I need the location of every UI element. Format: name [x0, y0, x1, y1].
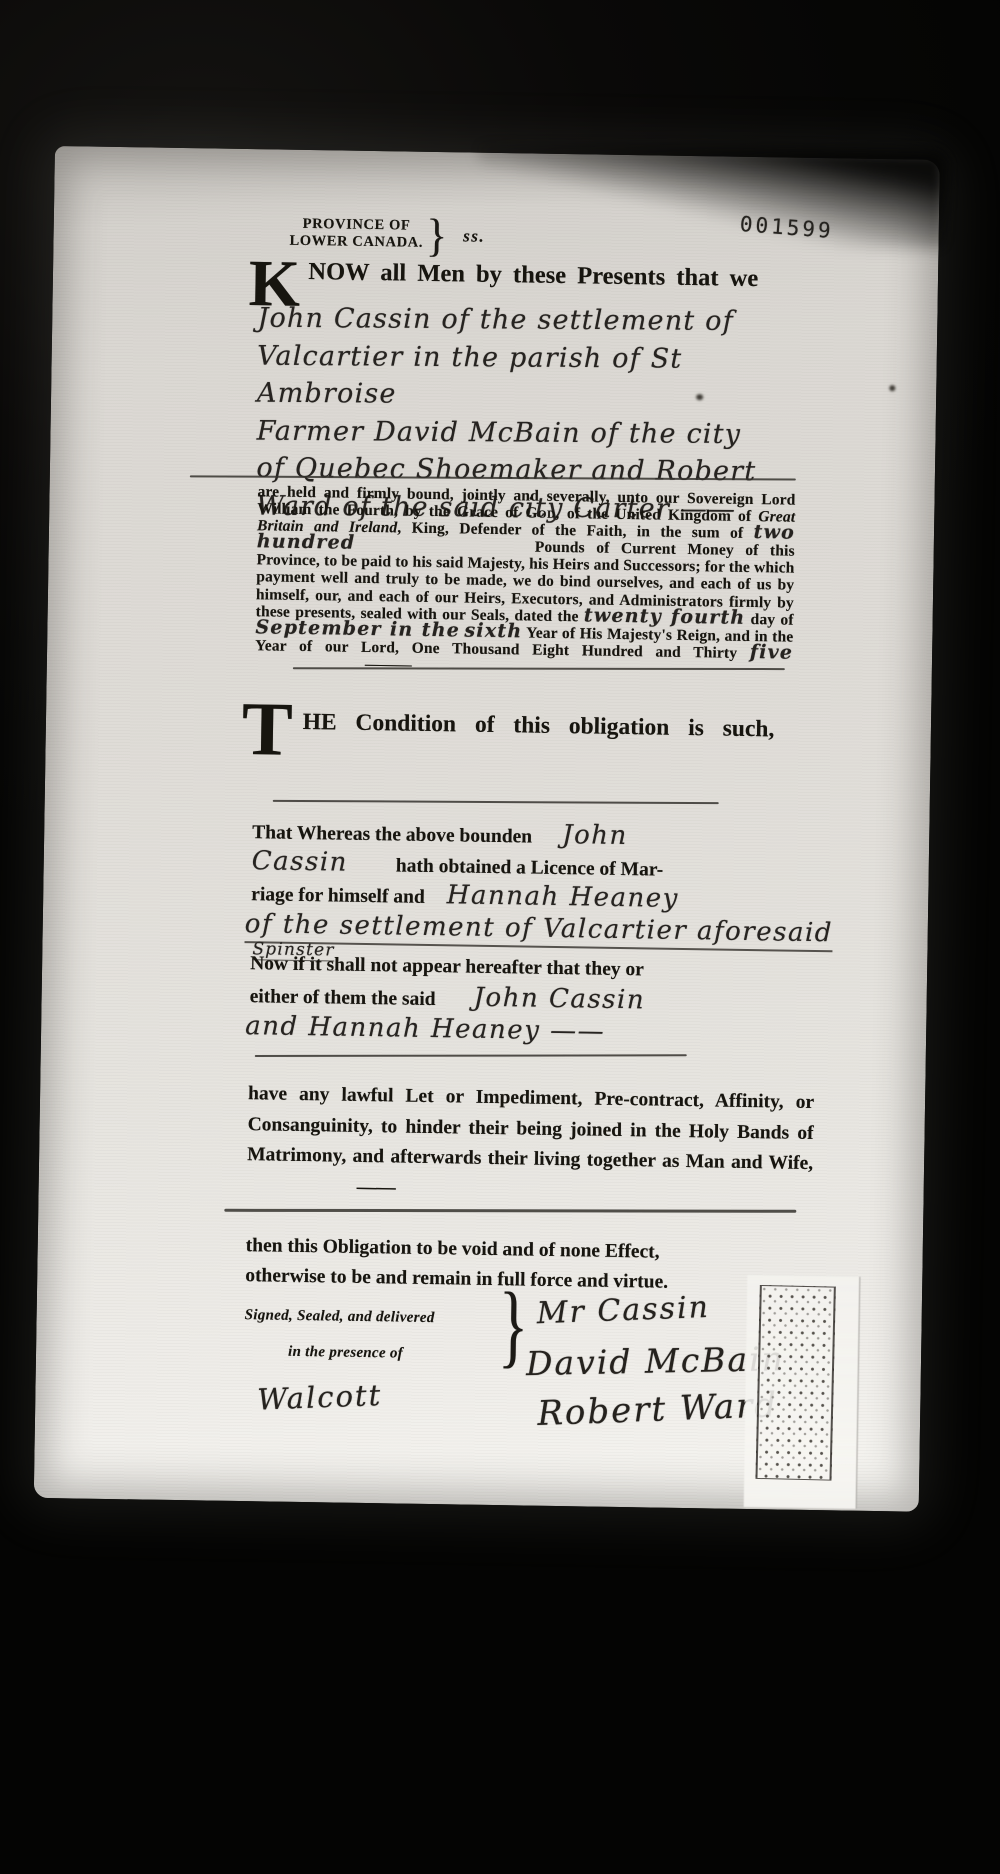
fill-bride-name: Hannah Heaney	[447, 880, 680, 914]
signature-groom: Mr Cassin	[536, 1290, 710, 1331]
ss-abbreviation: ss.	[463, 226, 485, 246]
paper-speck	[696, 394, 703, 400]
scan-shadow-wedge	[477, 143, 949, 250]
header-brace: }	[426, 217, 448, 255]
horizontal-rule	[273, 800, 719, 804]
impediment-dash: ——	[357, 1176, 396, 1198]
fill-groom-last: Cassin	[252, 846, 349, 878]
dropcap-t: T	[241, 697, 303, 760]
bond-dash: ———	[365, 656, 412, 674]
impediment-paragraph: have any lawful Let or Impediment, Pre-c…	[246, 1079, 814, 1210]
fill-groom-name: John Cassin	[473, 983, 645, 1016]
fill-year: five	[750, 641, 794, 664]
horizontal-rule	[255, 1054, 687, 1057]
attestation-line2: in the presence of	[288, 1344, 403, 1363]
now-print: either of them the said	[249, 986, 435, 1010]
fill-bride-name-2: and Hannah Heaney ——	[245, 1011, 605, 1047]
bond-paragraph: are held and firmly bound, jointly and s…	[255, 483, 796, 679]
hand-line: John Cassin of the settlement of	[257, 300, 825, 341]
bond-text-god: God,	[525, 505, 560, 523]
province-line1: PROVINCE OF	[290, 216, 424, 235]
blank-space	[355, 549, 523, 552]
province-label: PROVINCE OF LOWER CANADA.	[289, 216, 423, 252]
bond-text: day of	[745, 611, 794, 629]
province-line2: LOWER CANADA.	[289, 233, 423, 252]
whereas-print: hath obtained a Licence of Mar-	[396, 855, 664, 880]
scanned-document-page: { "colors": { "background": "#070706", "…	[0, 0, 1000, 1874]
fill-groom-first: John	[562, 820, 628, 851]
hand-line: Farmer David McBain of the city	[257, 412, 825, 453]
whereas-print: riage for himself and	[251, 884, 425, 908]
horizontal-rule	[224, 1209, 796, 1212]
condition-clause: T HE Condition of this obligation is suc…	[241, 697, 808, 768]
hand-line: Valcartier in the parish of St Ambroise	[257, 337, 826, 416]
whereas-clause: That Whereas the above bounden John Cass…	[253, 815, 828, 824]
attestation-brace: }	[498, 1273, 529, 1380]
embossed-seal	[755, 1285, 835, 1481]
signature-witness: Walcott	[257, 1378, 383, 1417]
signature-surety-ward: Robert Ward	[537, 1385, 779, 1434]
document-header: PROVINCE OF LOWER CANADA. } ss.	[289, 216, 485, 255]
impediment-text: have any lawful Let or Impediment, Pre-c…	[247, 1083, 814, 1174]
fill-reign-year: sixth	[464, 619, 522, 642]
condition-text: HE Condition of this obligation is such,	[242, 697, 809, 748]
whereas-print: That Whereas the above bounden	[252, 822, 532, 847]
opening-text: NOW all Men by these Presents that we	[308, 258, 758, 292]
document-paper: PROVINCE OF LOWER CANADA. } ss. 001599 K…	[34, 146, 940, 1512]
blank-space	[247, 1191, 357, 1193]
paper-speck	[889, 385, 895, 391]
attestation-line1: Signed, Sealed, and delivered	[245, 1307, 435, 1327]
